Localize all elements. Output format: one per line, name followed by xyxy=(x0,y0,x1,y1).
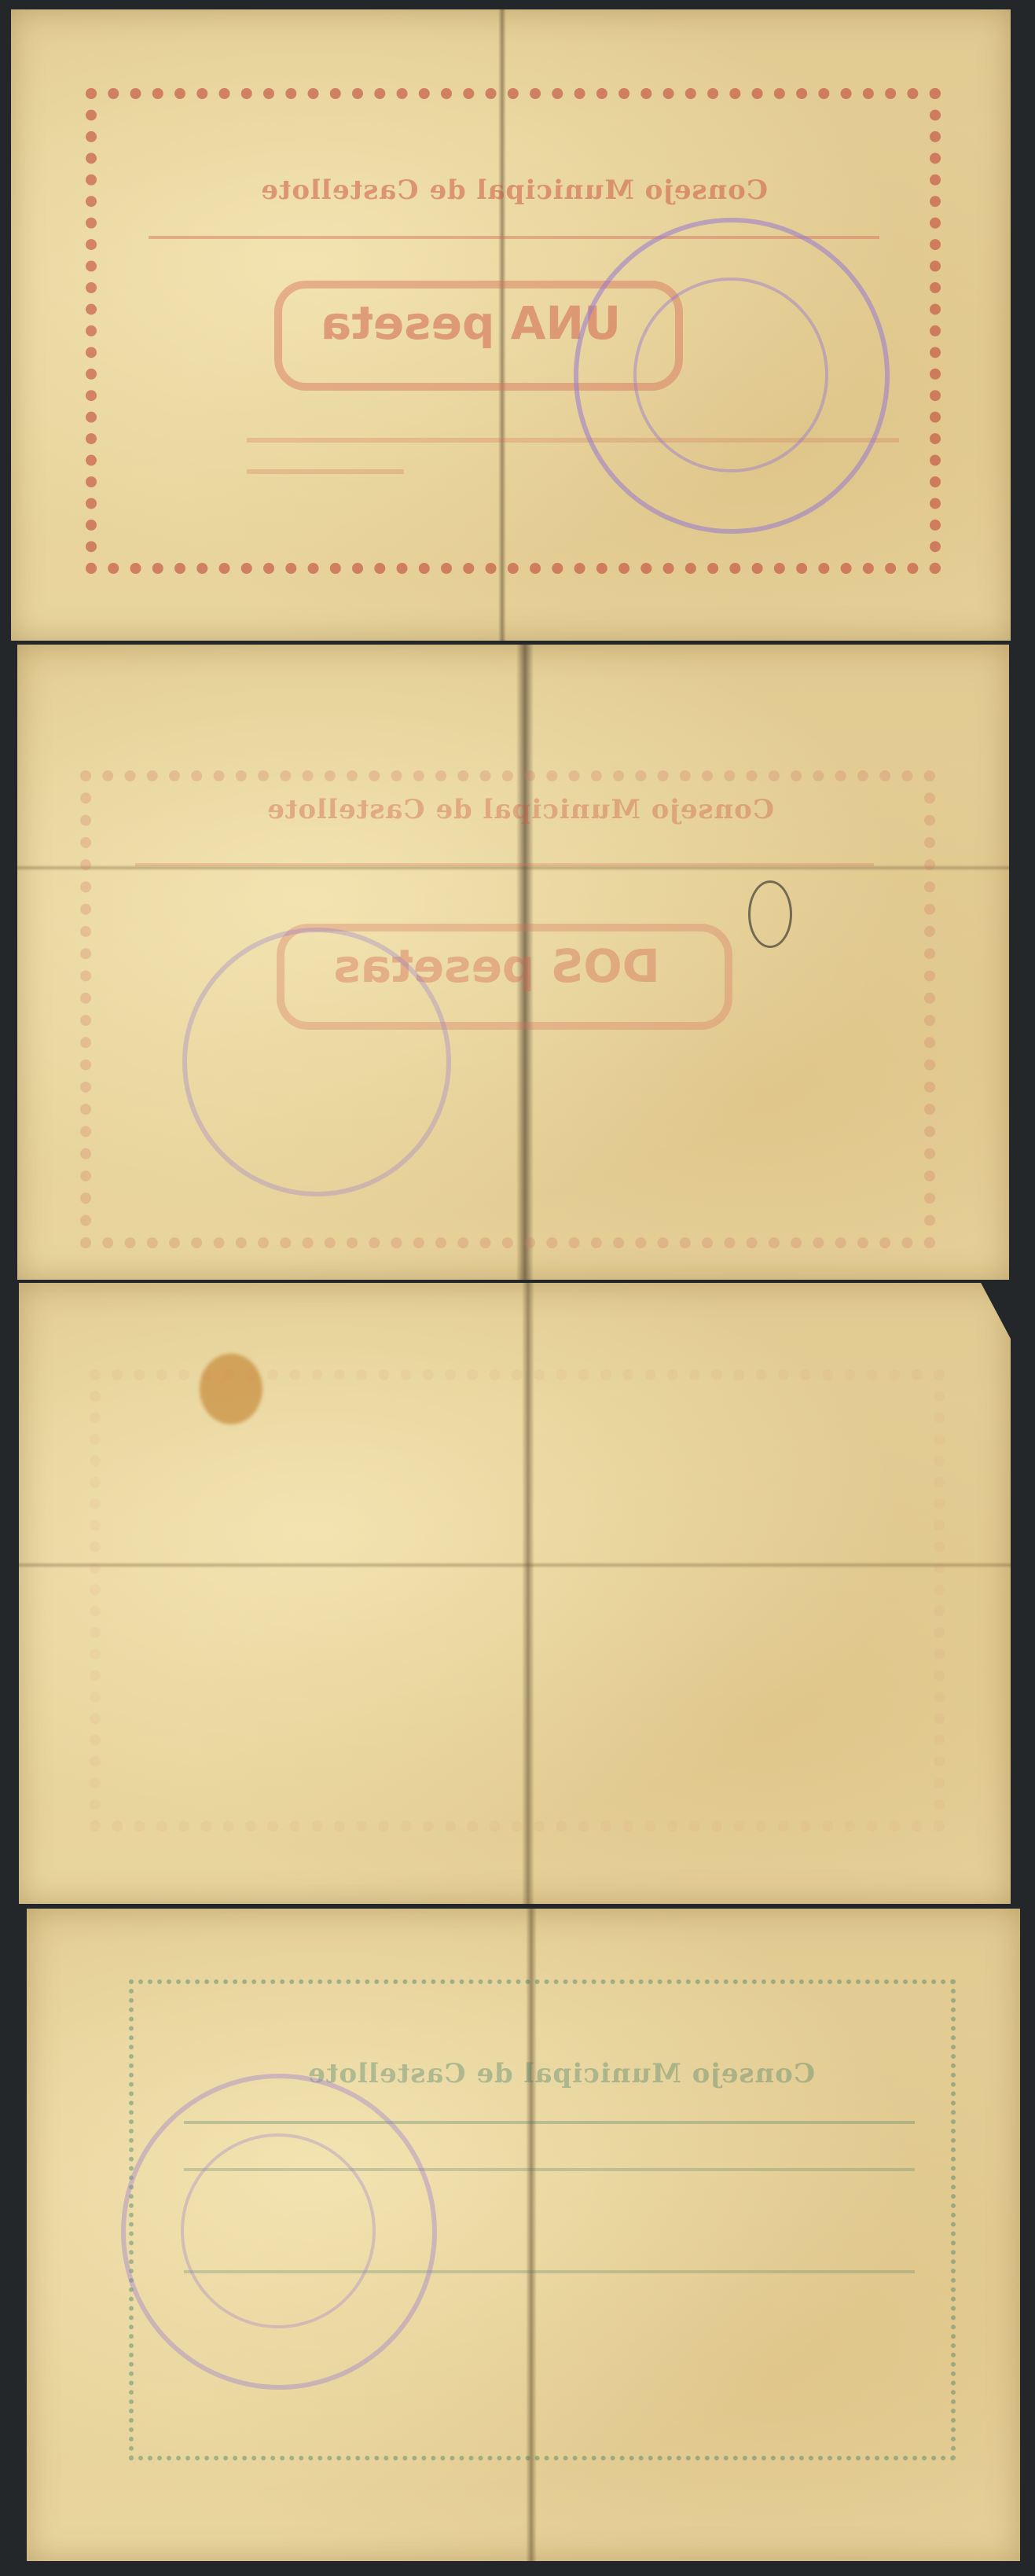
municipal-stamp xyxy=(574,218,890,534)
divider-line xyxy=(135,863,874,866)
municipal-stamp xyxy=(121,2074,437,2390)
banknote-2: Consejo Municipal de Castellote DOS pese… xyxy=(17,645,1009,1280)
banknote-1: Consejo Municipal de Castellote UNA pese… xyxy=(11,9,1011,641)
banknote-4: Consejo Municipal de Castellote xyxy=(27,1909,1020,2561)
municipal-stamp xyxy=(182,928,451,1196)
issuer-text: Consejo Municipal de Castellote xyxy=(198,794,842,825)
issuer-text: Consejo Municipal de Castellote xyxy=(262,2058,860,2089)
issuer-text: Consejo Municipal de Castellote xyxy=(215,175,813,206)
ghost-border-frame xyxy=(90,1369,945,1832)
text-line xyxy=(247,469,404,474)
banknote-3 xyxy=(19,1283,1011,1904)
ink-mark xyxy=(748,880,792,948)
